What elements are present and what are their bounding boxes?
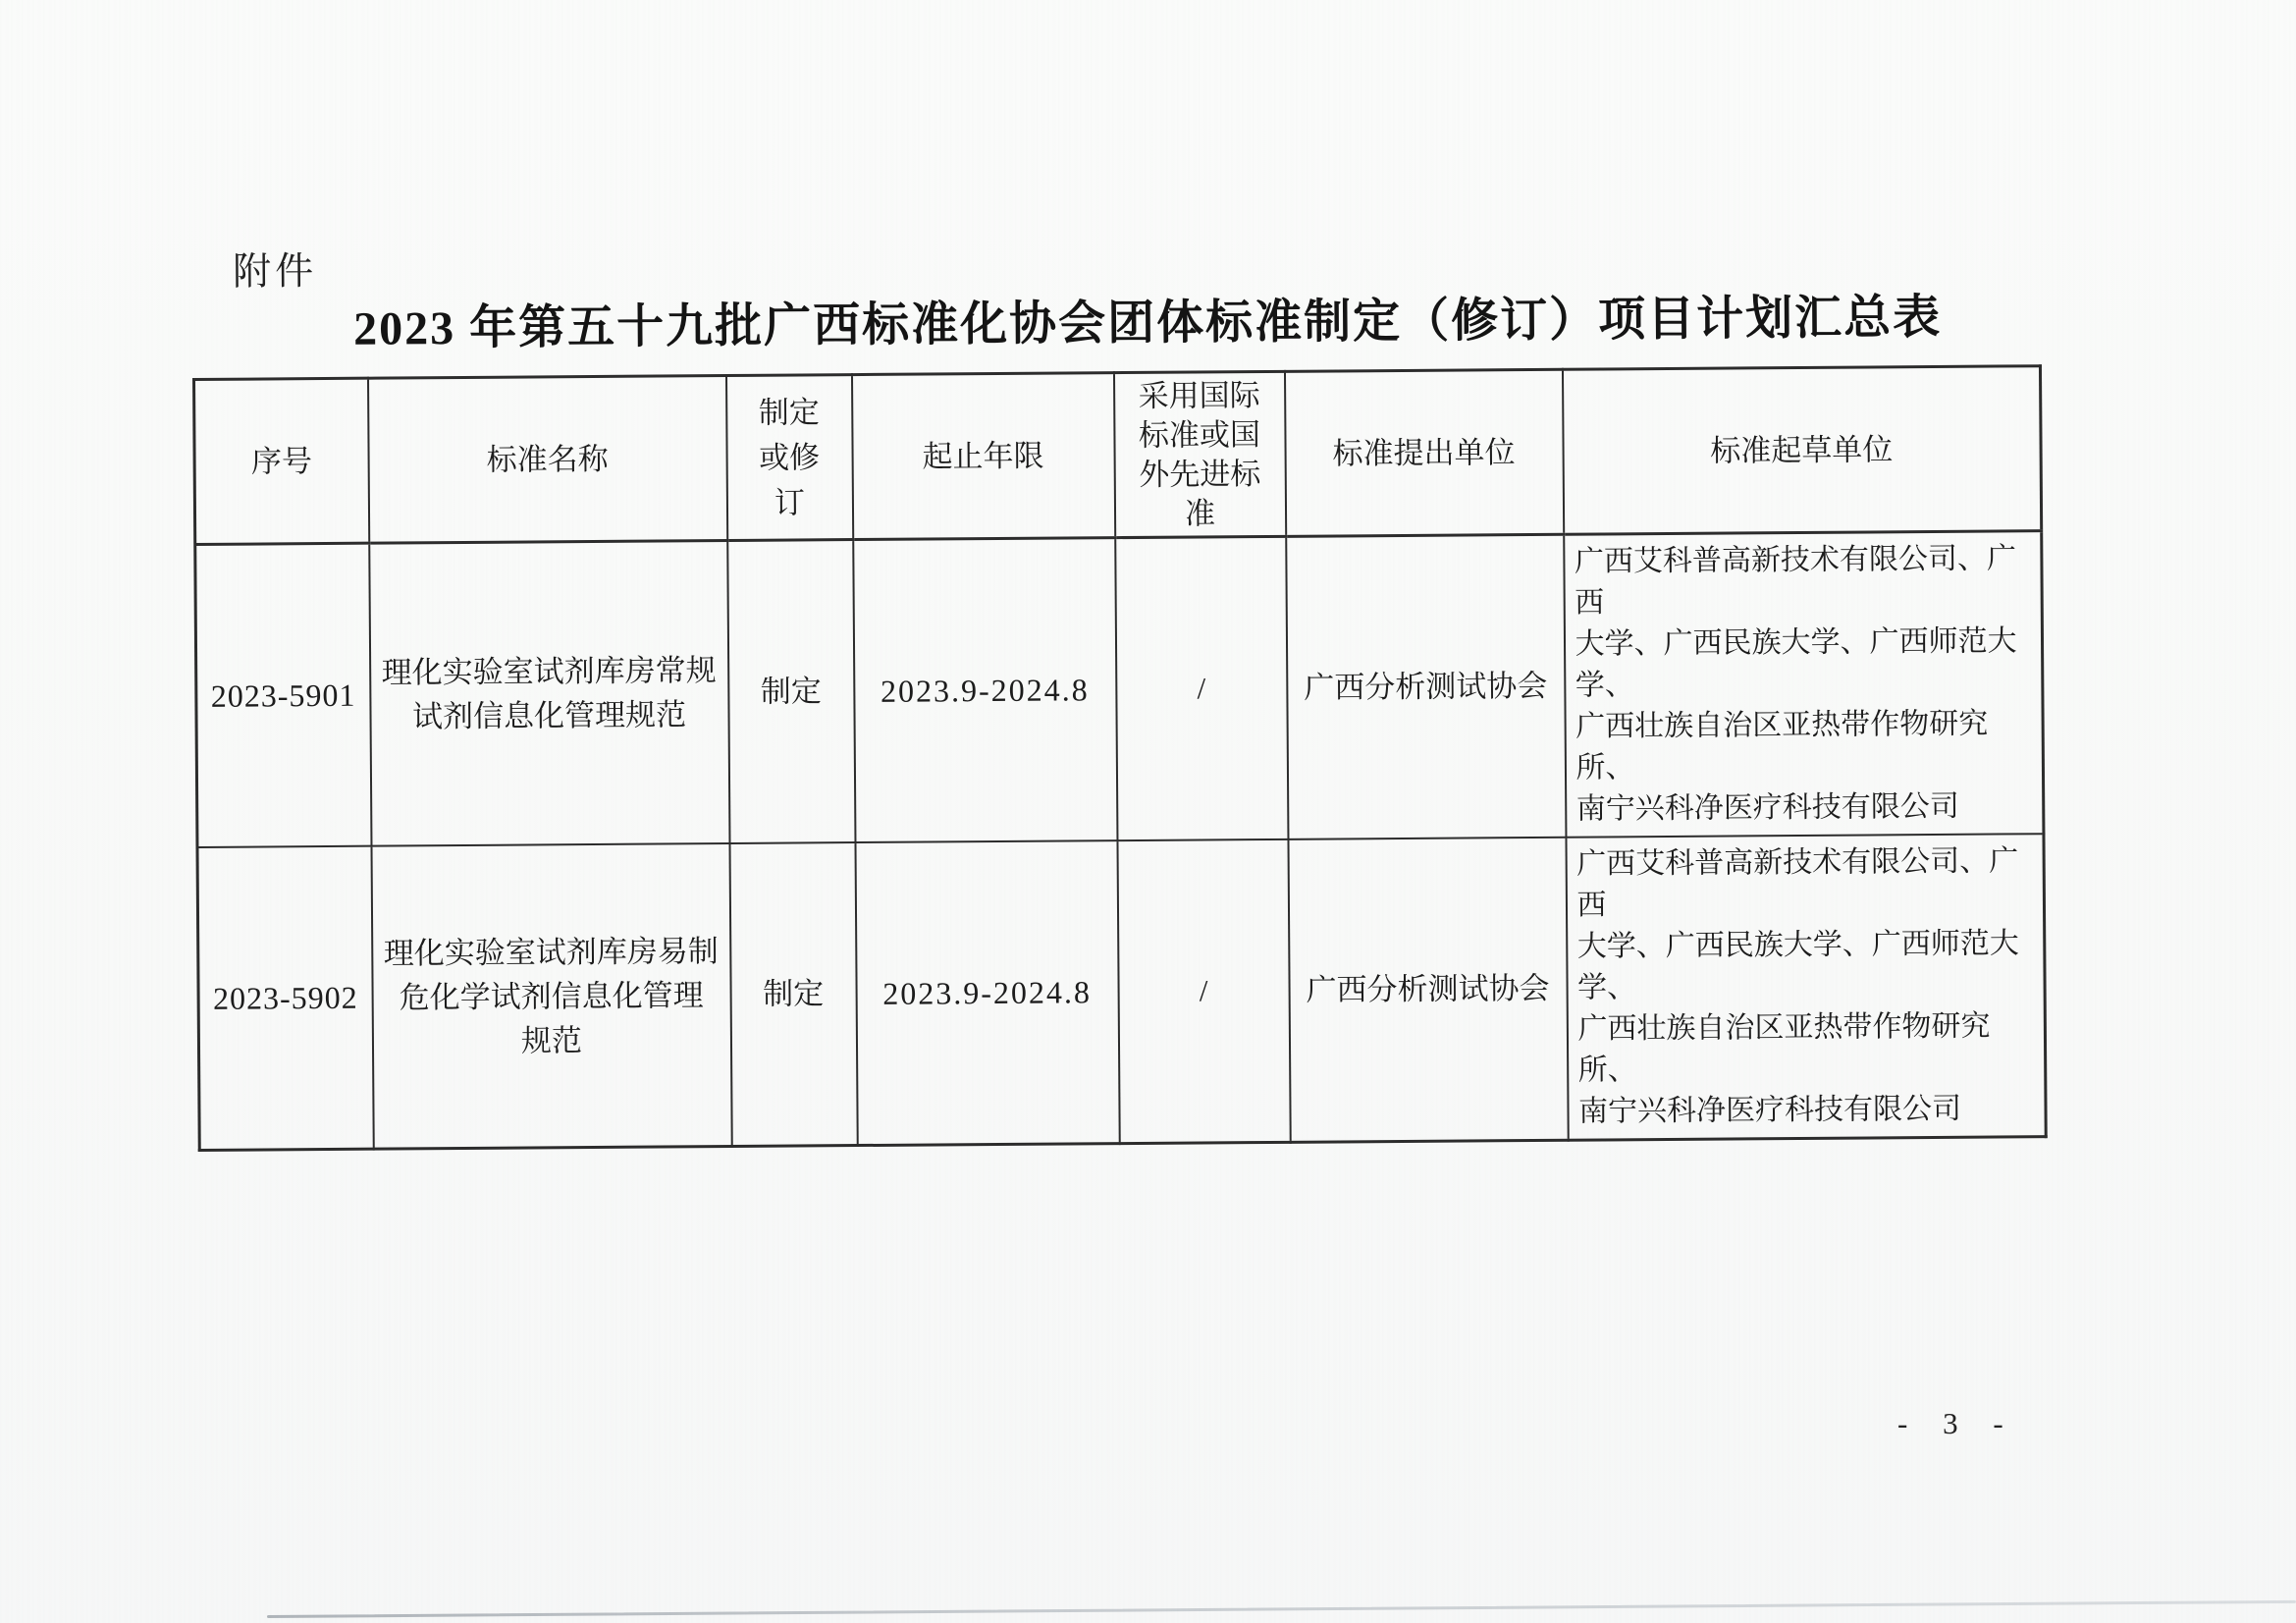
header-develop-or-revise: 制定 或修 订 (725, 375, 852, 541)
cell-develop-or-revise: 制定 (729, 842, 857, 1146)
header-standard-name: 标准名称 (368, 376, 727, 544)
table-row: 2023-5901 理化实验室试剂库房常规 试剂信息化管理规范 制定 2023.… (195, 531, 2044, 847)
cell-serial-number: 2023-5902 (197, 846, 373, 1151)
header-adopt-international-standard: 采用国际 标准或国 外先进标 准 (1113, 371, 1285, 537)
scanned-page: 附件 2023 年第五十九批广西标准化协会团体标准制定（修订）项目计划汇总表 序… (0, 0, 2296, 1623)
project-plan-table: 序号 标准名称 制定 或修 订 起止年限 采用国际 标准或国 外先进标 准 标准… (192, 364, 2048, 1152)
cell-serial-number: 2023-5901 (195, 543, 371, 847)
header-proposing-organization: 标准提出单位 (1284, 369, 1563, 536)
attachment-label: 附件 (233, 241, 317, 297)
cell-drafting-organizations: 广西艾科普高新技术有限公司、广西 大学、广西民族大学、广西师范大学、 广西壮族自… (1564, 531, 2044, 838)
header-start-end-period: 起止年限 (851, 373, 1114, 540)
header-drafting-organization: 标准起草单位 (1562, 366, 2041, 535)
cell-drafting-organizations: 广西艾科普高新技术有限公司、广西 大学、广西民族大学、广西师范大学、 广西壮族自… (1566, 834, 2046, 1140)
header-serial-number: 序号 (194, 378, 369, 544)
document-title: 2023 年第五十九批广西标准化协会团体标准制定（修订）项目计划汇总表 (0, 276, 2296, 360)
cell-standard-name: 理化实验室试剂库房易制 危化学试剂信息化管理 规范 (371, 843, 731, 1149)
cell-develop-or-revise: 制定 (727, 540, 855, 843)
cell-adopt-international-standard: / (1115, 536, 1288, 840)
cell-start-end-period: 2023.9-2024.8 (853, 538, 1117, 842)
cell-start-end-period: 2023.9-2024.8 (855, 840, 1119, 1145)
cell-proposing-organization: 广西分析测试协会 (1286, 534, 1566, 839)
table-header-row: 序号 标准名称 制定 或修 订 起止年限 采用国际 标准或国 外先进标 准 标准… (194, 366, 2042, 545)
table-row: 2023-5902 理化实验室试剂库房易制 危化学试剂信息化管理 规范 制定 2… (197, 834, 2046, 1150)
cell-proposing-organization: 广西分析测试协会 (1288, 838, 1568, 1143)
document-content: 附件 2023 年第五十九批广西标准化协会团体标准制定（修订）项目计划汇总表 序… (0, 0, 2296, 1623)
cell-adopt-international-standard: / (1117, 839, 1290, 1144)
cell-standard-name: 理化实验室试剂库房常规 试剂信息化管理规范 (369, 541, 729, 846)
page-number: - 3 - (1897, 1406, 2017, 1441)
